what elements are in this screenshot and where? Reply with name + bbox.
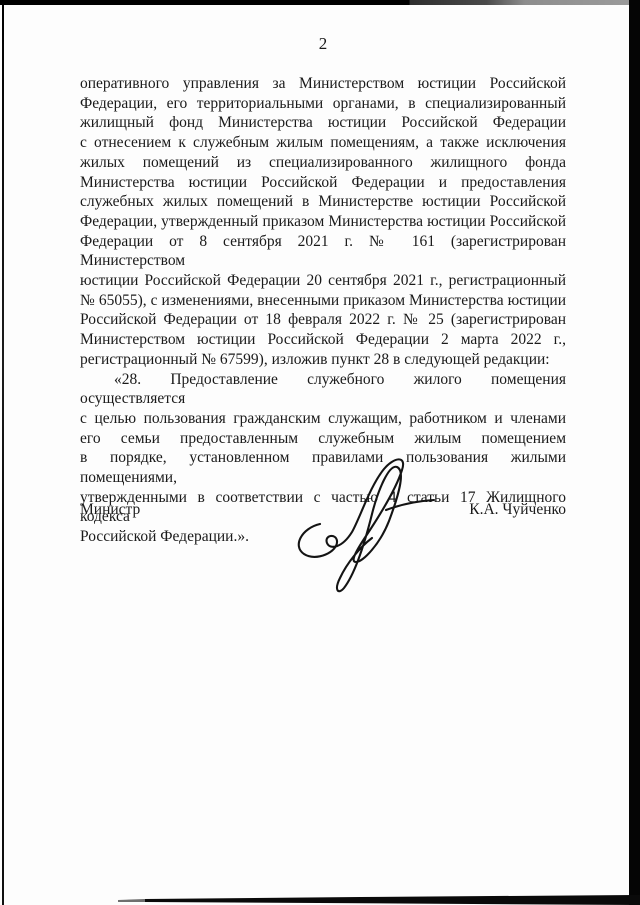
text-line: юстиции Российской Федерации 20 сентября…: [80, 271, 566, 291]
text-line: жилищный фонд Министерства юстиции Росси…: [80, 113, 566, 133]
text-line: с отнесением к служебным жилым помещения…: [80, 133, 566, 153]
text-line: служебных жилых помещений в Министерстве…: [80, 192, 566, 212]
text-line: «28. Предоставление служебного жилого по…: [80, 370, 566, 409]
handwritten-signature-icon: [290, 448, 468, 600]
minister-title-label: Министр: [80, 501, 140, 519]
text-line: Федерации, утвержденный приказом Министе…: [80, 212, 566, 232]
scan-artifact-right-edge: [629, 0, 640, 905]
minister-name: К.А. Чуйченко: [469, 501, 566, 519]
text-line: регистрационный № 67599), изложив пункт …: [80, 350, 566, 370]
text-line: Федерации, его территориальными органами…: [80, 94, 566, 114]
scan-artifact-top-edge: [0, 0, 640, 5]
scan-artifact-bottom-edge: [0, 891, 640, 905]
text-line: его семьи предоставленным служебным жилы…: [80, 429, 566, 449]
text-line: № 65055), с изменениями, внесенными прик…: [80, 291, 566, 311]
page-number: 2: [80, 34, 566, 54]
text-line: оперативного управления за Министерством…: [80, 74, 566, 94]
text-line: Российской Федерации от 18 февраля 2022 …: [80, 310, 566, 330]
document-page: 2 оперативного управления за Министерств…: [0, 0, 640, 905]
text-line: Министерства юстиции Российской Федераци…: [80, 173, 566, 193]
text-line: жилых помещений из специализированного ж…: [80, 153, 566, 173]
text-line: Министерством юстиции Российской Федерац…: [80, 330, 566, 350]
text-line: с целью пользования гражданским служащим…: [80, 409, 566, 429]
scan-artifact-left-edge: [2, 0, 4, 905]
paragraph-order-text: оперативного управления за Министерством…: [80, 74, 566, 370]
text-line: Федерации от 8 сентября 2021 г. № 161 (з…: [80, 232, 566, 271]
